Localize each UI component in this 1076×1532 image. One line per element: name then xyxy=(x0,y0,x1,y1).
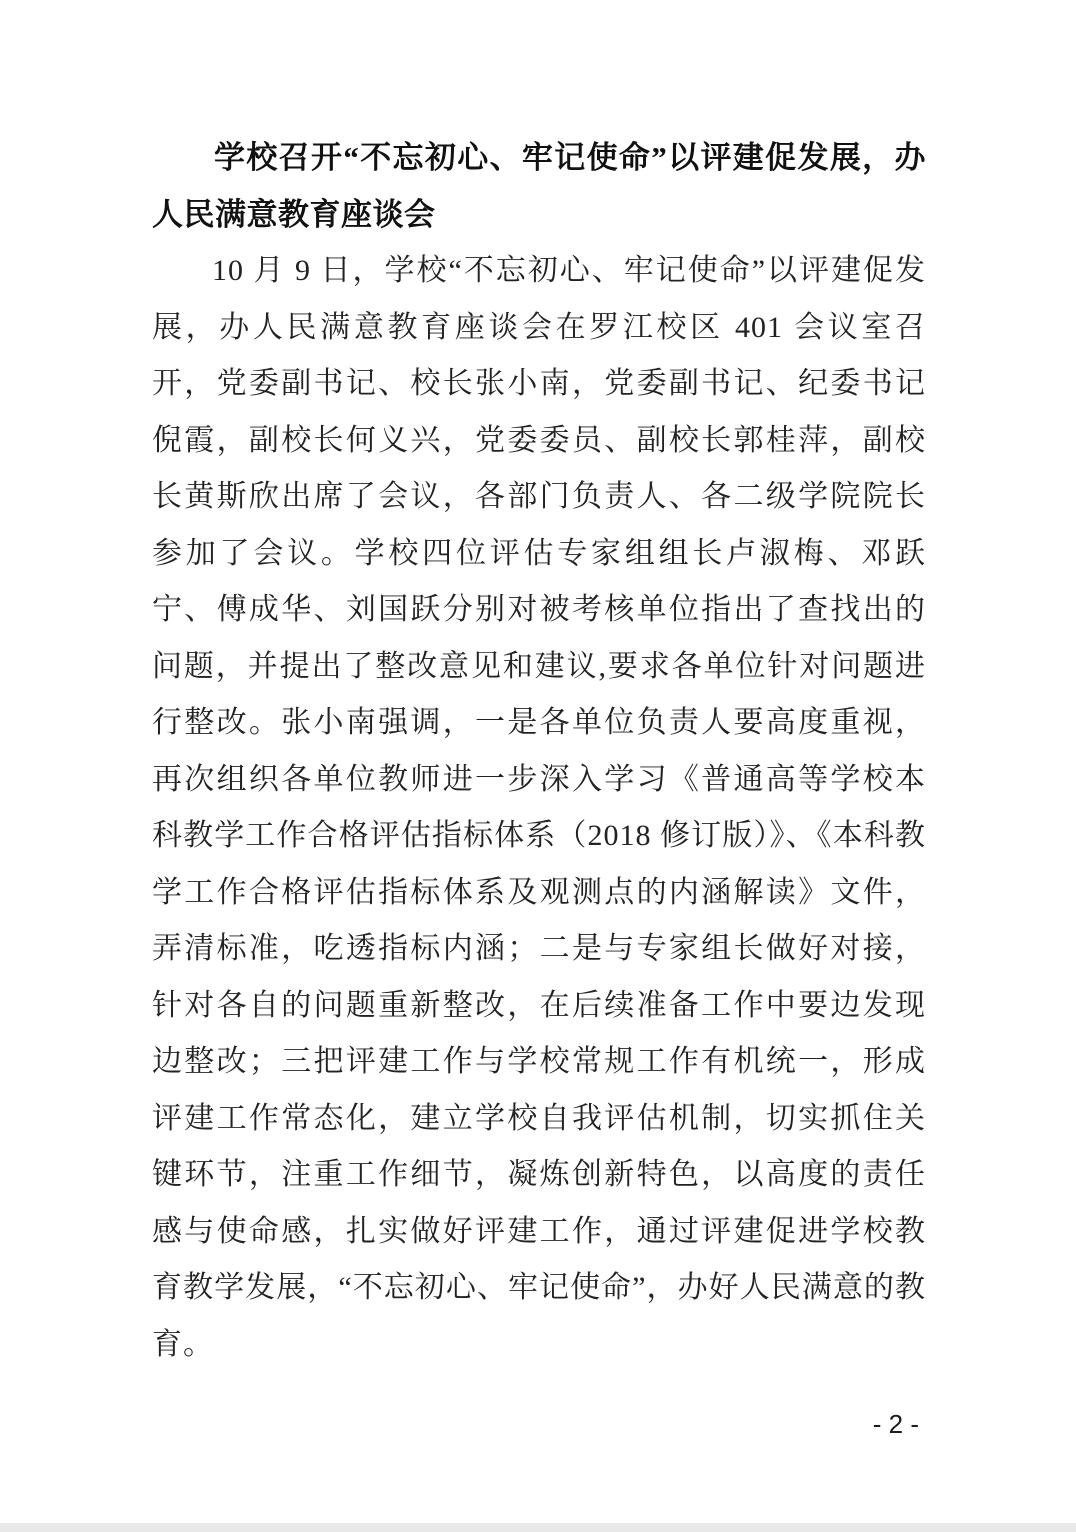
document-page: 学校召开“不忘初心、牢记使命”以评建促发展，办人民满意教育座谈会 10 月 9 … xyxy=(0,0,1076,1532)
body-paragraph: 10 月 9 日，学校“不忘初心、牢记使命”以评建促发展，办人民满意教育座谈会在… xyxy=(152,243,926,1373)
page-number: - 2 - xyxy=(873,1408,919,1440)
document-content: 学校召开“不忘初心、牢记使命”以评建促发展，办人民满意教育座谈会 10 月 9 … xyxy=(152,130,926,1373)
viewer-bottom-edge-bar xyxy=(0,1523,1076,1532)
document-title: 学校召开“不忘初心、牢记使命”以评建促发展，办人民满意教育座谈会 xyxy=(152,130,926,243)
